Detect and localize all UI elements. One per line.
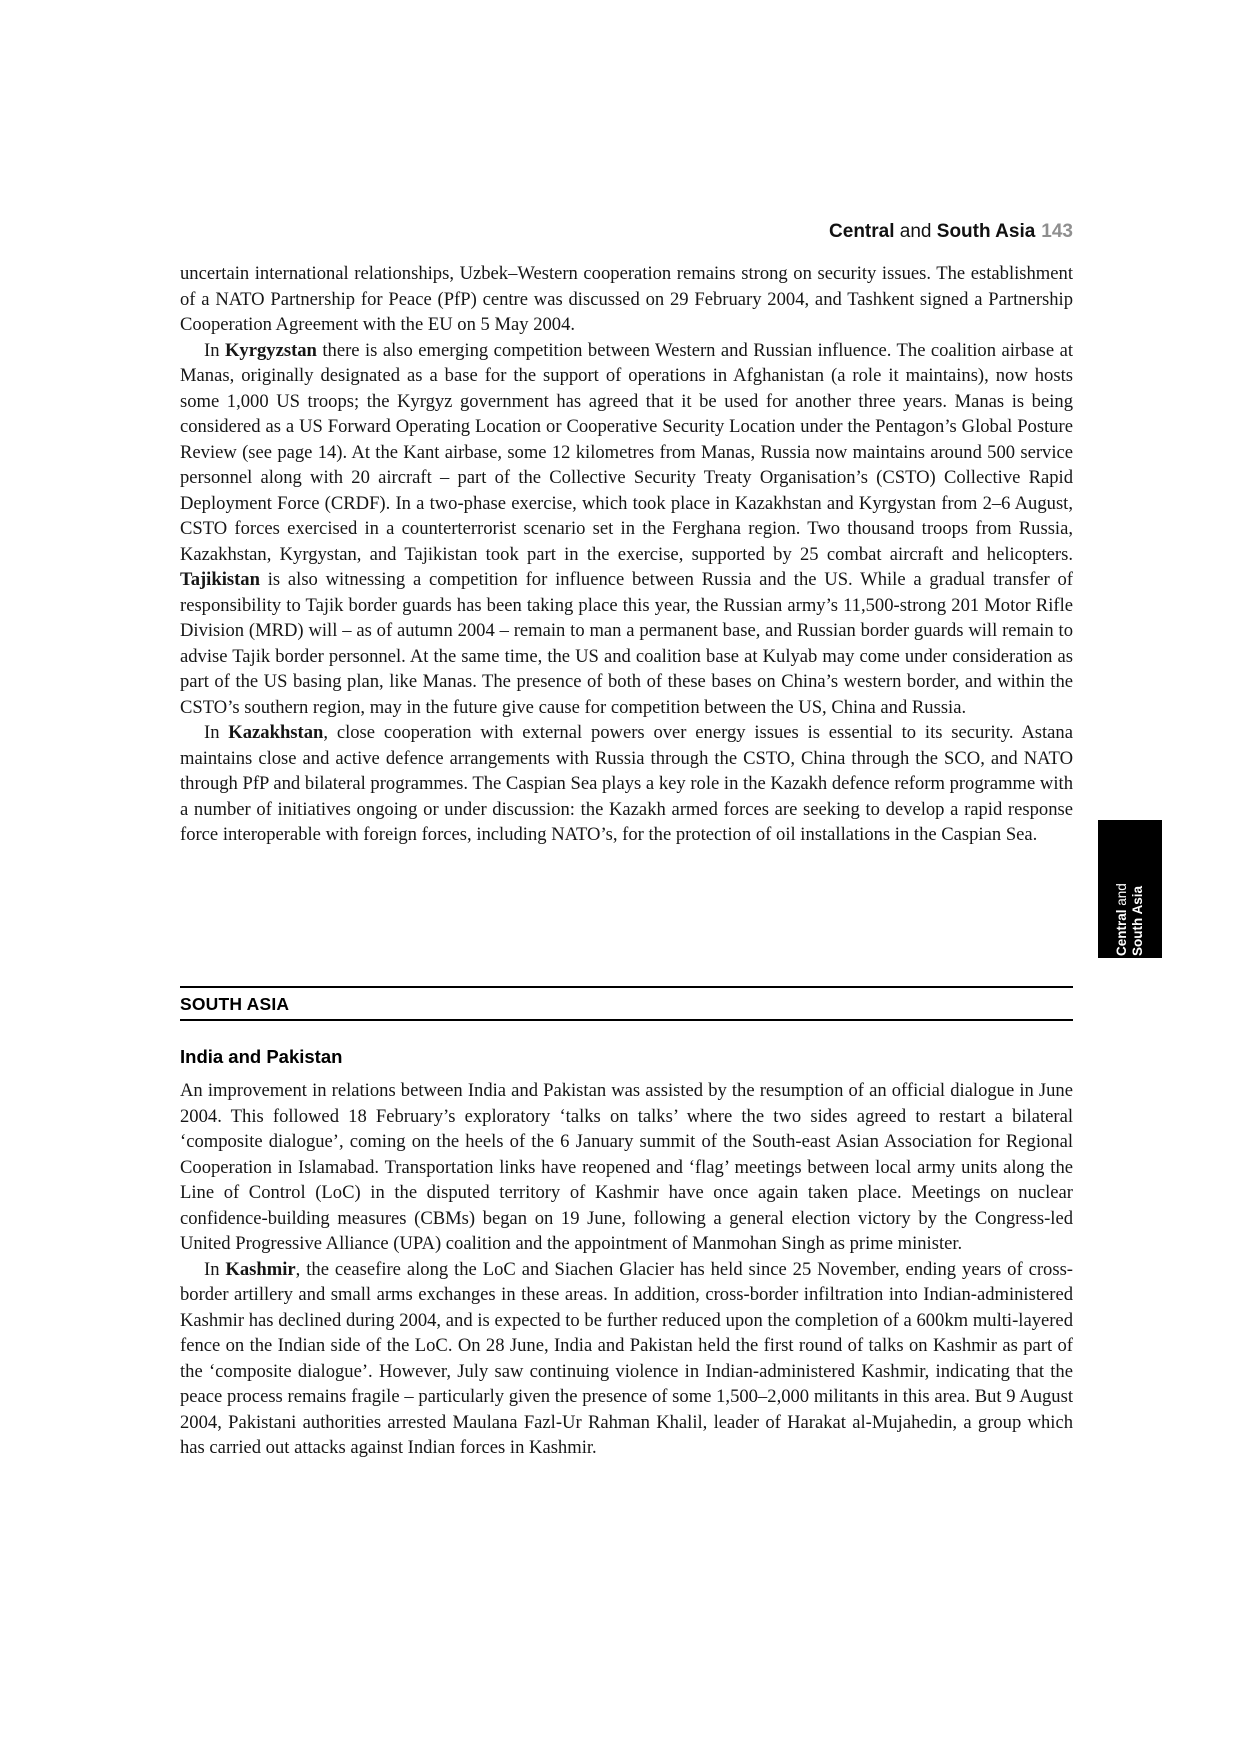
section-rule-bottom — [180, 1019, 1073, 1021]
paragraph-kyrgyzstan-tajikistan: In Kyrgyzstan there is also emerging com… — [180, 338, 1073, 721]
tab-south-asia: South Asia — [1130, 818, 1146, 956]
page-header: Central and South Asia143 — [829, 221, 1073, 243]
paragraph-kashmir: In Kashmir, the ceasefire along the LoC … — [180, 1257, 1073, 1461]
chapter-side-tab-label: Central and South Asia — [1114, 818, 1146, 960]
chapter-side-tab: Central and South Asia — [1098, 820, 1162, 958]
south-asia-section: SOUTH ASIA India and Pakistan An improve… — [180, 986, 1073, 1461]
paragraph-kazakhstan: In Kazakhstan, close cooperation with ex… — [180, 720, 1073, 848]
header-title-central: Central — [829, 221, 894, 242]
header-title-south-asia: South Asia — [937, 221, 1036, 242]
page-number: 143 — [1041, 221, 1073, 242]
paragraph-uzbekistan-continued: uncertain international relationships, U… — [180, 261, 1073, 338]
section-rule-top — [180, 986, 1073, 988]
paragraph-india-pakistan-dialogue: An improvement in relations between Indi… — [180, 1078, 1073, 1257]
tab-and: and — [1114, 883, 1129, 909]
body-text-block-south-asia: An improvement in relations between Indi… — [180, 1078, 1073, 1461]
tab-central: Central — [1114, 909, 1129, 956]
page: { "header": { "part1": "Central", "part2… — [0, 0, 1240, 1754]
body-text-block-central-asia: uncertain international relationships, U… — [180, 261, 1073, 848]
south-asia-heading: SOUTH ASIA — [180, 993, 1073, 1015]
header-title-and: and — [895, 221, 937, 242]
india-pakistan-heading: India and Pakistan — [180, 1046, 1073, 1068]
